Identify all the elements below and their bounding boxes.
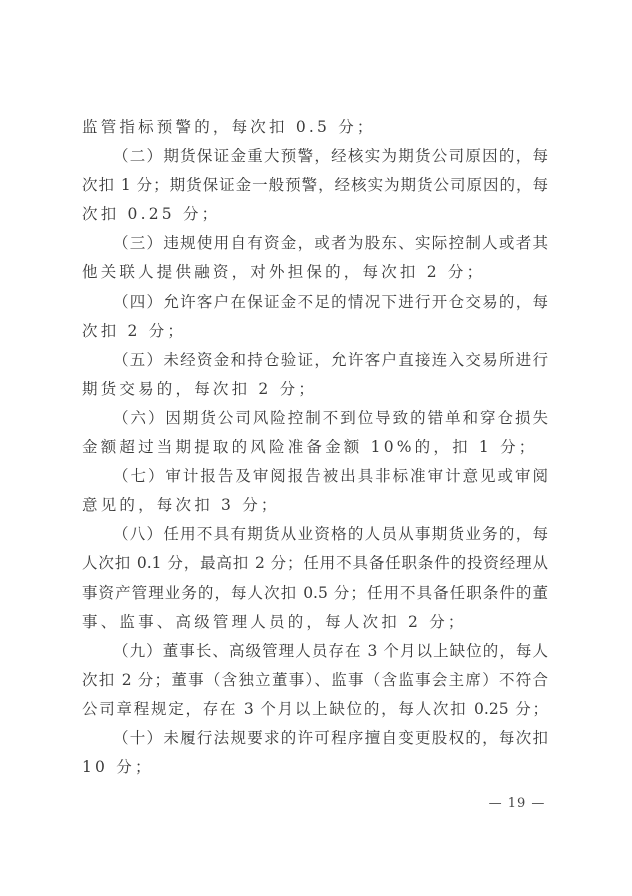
text-line: 人次扣 0.1 分，最高扣 2 分；任用不具备任职条件的投资经理从 bbox=[82, 549, 548, 578]
text-line: （十）未履行法规要求的许可程序擅自变更股权的，每次扣 bbox=[82, 724, 548, 753]
text-line: 次扣 2 分； bbox=[82, 317, 548, 346]
text-line: 意见的，每次扣 3 分； bbox=[82, 491, 548, 520]
text-line: 次扣 1 分；期货保证金一般预警，经核实为期货公司原因的，每 bbox=[82, 171, 548, 200]
page-number: — 19 — bbox=[482, 796, 552, 811]
text-line: 公司章程规定，存在 3 个月以上缺位的，每人次扣 0.25 分； bbox=[82, 695, 548, 724]
text-line: 次扣 0.25 分； bbox=[82, 200, 548, 229]
document-page: 监管指标预警的，每次扣 0.5 分； （二）期货保证金重大预警，经核实为期货公司… bbox=[0, 0, 632, 896]
body-text: 监管指标预警的，每次扣 0.5 分； （二）期货保证金重大预警，经核实为期货公司… bbox=[82, 113, 548, 782]
text-line: 次扣 2 分；董事（含独立董事）、监事（含监事会主席）不符合 bbox=[82, 666, 548, 695]
text-line: （三）违规使用自有资金，或者为股东、实际控制人或者其 bbox=[82, 229, 548, 258]
text-line: 10 分； bbox=[82, 753, 548, 782]
text-line: （七）审计报告及审阅报告被出具非标准审计意见或审阅 bbox=[82, 462, 548, 491]
text-line: 事资产管理业务的，每人次扣 0.5 分；任用不具备任职条件的董 bbox=[82, 579, 548, 608]
text-line: （二）期货保证金重大预警，经核实为期货公司原因的，每 bbox=[82, 142, 548, 171]
text-line: 期货交易的，每次扣 2 分； bbox=[82, 375, 548, 404]
text-line: 监管指标预警的，每次扣 0.5 分； bbox=[82, 113, 548, 142]
text-line: （八）任用不具有期货从业资格的人员从事期货业务的，每 bbox=[82, 520, 548, 549]
text-line: 金额超过当期提取的风险准备金额 10%的，扣 1 分； bbox=[82, 433, 548, 462]
text-line: （四）允许客户在保证金不足的情况下进行开仓交易的，每 bbox=[82, 288, 548, 317]
text-line: （九）董事长、高级管理人员存在 3 个月以上缺位的，每人 bbox=[82, 637, 548, 666]
text-line: 事、监事、高级管理人员的，每人次扣 2 分； bbox=[82, 608, 548, 637]
text-line: （五）未经资金和持仓验证，允许客户直接连入交易所进行 bbox=[82, 346, 548, 375]
text-line: 他关联人提供融资，对外担保的，每次扣 2 分； bbox=[82, 258, 548, 287]
text-line: （六）因期货公司风险控制不到位导致的错单和穿仓损失 bbox=[82, 404, 548, 433]
